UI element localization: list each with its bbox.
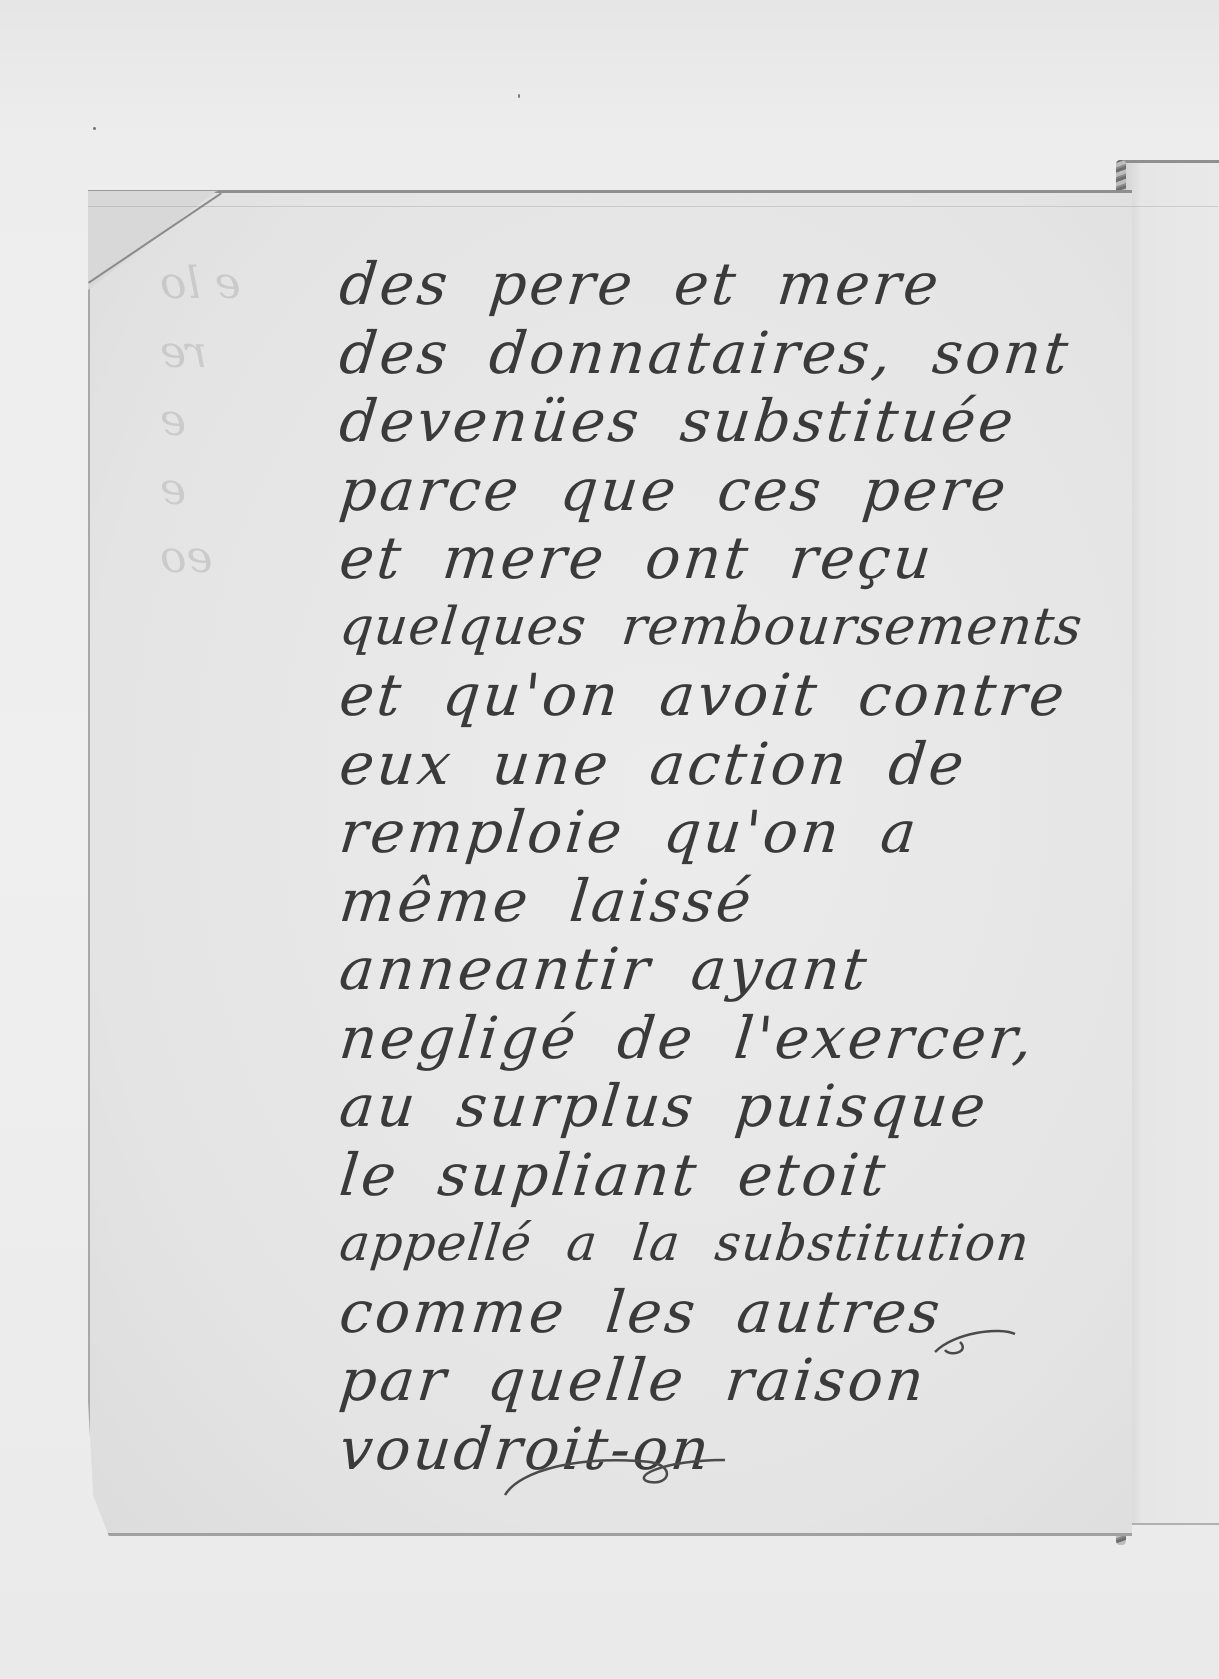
text-line-13: au surplus puisque bbox=[336, 1072, 1123, 1141]
bleed-line: e bbox=[160, 456, 360, 525]
line-end-flourish-icon bbox=[930, 1322, 1020, 1362]
text-line-10: même laissé bbox=[336, 867, 1123, 936]
text-line-15: appellé a la substitution bbox=[336, 1209, 1123, 1278]
text-line-5: et mere ont reçu bbox=[336, 524, 1123, 593]
text-line-18: voudroit-on bbox=[336, 1415, 1123, 1484]
text-line-7: et qu'on avoit contre bbox=[336, 661, 1123, 730]
bleed-line: re bbox=[160, 319, 360, 388]
adjacent-page-edge bbox=[1122, 160, 1219, 1525]
text-line-8: eux une action de bbox=[336, 730, 1123, 799]
text-line-14: le supliant etoit bbox=[336, 1141, 1123, 1210]
text-line-11: anneantir ayant bbox=[336, 935, 1123, 1004]
paper-crease bbox=[88, 206, 1218, 207]
bleed-through-text: e lo re e e eo bbox=[160, 250, 360, 593]
bleed-line: e bbox=[160, 387, 360, 456]
closing-flourish-icon bbox=[490, 1430, 730, 1510]
text-line-4: parce que ces pere bbox=[336, 456, 1123, 525]
dust-speck bbox=[93, 127, 96, 130]
text-line-12: negligé de l'exercer, bbox=[336, 1004, 1123, 1073]
bleed-line: eo bbox=[160, 524, 360, 593]
text-line-2: des donnataires, sont bbox=[336, 319, 1123, 388]
text-line-1: des pere et mere bbox=[336, 250, 1123, 319]
manuscript-text: des pere et mere des donnataires, sont d… bbox=[340, 250, 1120, 1483]
text-line-3: devenües substituée bbox=[336, 387, 1123, 456]
dust-speck bbox=[518, 94, 520, 98]
text-line-6: quelques remboursements bbox=[336, 593, 1123, 662]
text-line-9: remploie qu'on a bbox=[336, 798, 1123, 867]
bleed-line: e lo bbox=[160, 250, 360, 319]
